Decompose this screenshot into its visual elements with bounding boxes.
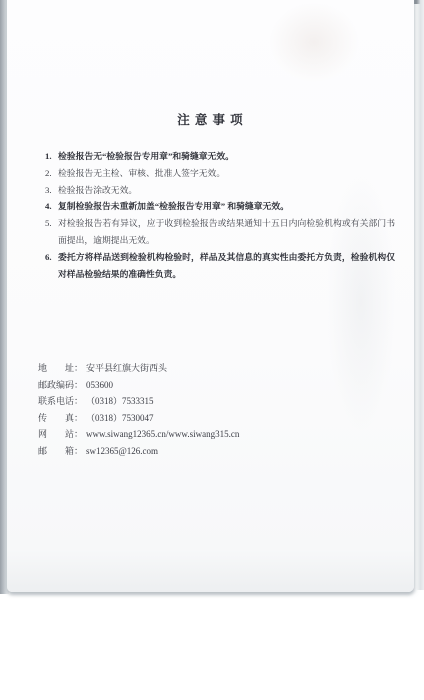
note-item-6: 6. 委托方将样品送到检验机构检验时，样品及其信息的真实性由委托方负责，检验机构…	[45, 249, 395, 283]
note-text: 检验报告无“检验报告专用章”和骑缝章无效。	[58, 148, 395, 165]
note-number: 4.	[45, 198, 58, 215]
note-item-5: 5. 对检验报告若有异议，应于收到检验报告或结果通知十五日内向检验机构或有关部门…	[45, 215, 395, 249]
scanned-document: 注 意 事 项 1. 检验报告无“检验报告专用章”和骑缝章无效。 2. 检验报告…	[0, 0, 424, 700]
note-text: 委托方将样品送到检验机构检验时，样品及其信息的真实性由委托方负责，检验机构仅对样…	[58, 249, 395, 283]
page-title: 注 意 事 项	[7, 110, 414, 128]
contact-row-fax: 传 真： （0318）7530047	[38, 410, 239, 427]
scan-right-edge	[416, 0, 424, 590]
note-item-3: 3. 检验报告涂改无效。	[45, 182, 395, 199]
contact-row-email: 邮 箱： sw12365@126.com	[38, 443, 239, 460]
contact-label: 地 址：	[38, 360, 83, 377]
contact-value: （0318）7530047	[83, 410, 154, 427]
contact-label: 网 站：	[38, 426, 83, 443]
note-number: 2.	[45, 165, 58, 182]
note-number: 3.	[45, 182, 58, 199]
note-text: 对检验报告若有异议，应于收到检验报告或结果通知十五日内向检验机构或有关部门书面提…	[58, 215, 395, 249]
contact-row-phone: 联系电话： （0318）7533315	[38, 393, 239, 410]
contact-row-website: 网 站： www.siwang12365.cn/www.siwang315.cn	[38, 426, 239, 443]
note-item-1: 1. 检验报告无“检验报告专用章”和骑缝章无效。	[45, 148, 395, 165]
contact-value: sw12365@126.com	[83, 443, 158, 460]
contact-value: 安平县红旗大街西头	[83, 360, 167, 377]
contact-row-postcode: 邮政编码： 053600	[38, 377, 239, 394]
note-item-2: 2. 检验报告无主检、审核、批准人签字无效。	[45, 165, 395, 182]
note-number: 5.	[45, 215, 58, 249]
contact-row-address: 地 址： 安平县红旗大街西头	[38, 360, 239, 377]
contact-label: 邮 箱：	[38, 443, 83, 460]
contact-value: 053600	[83, 377, 113, 394]
note-text: 检验报告无主检、审核、批准人签字无效。	[58, 165, 395, 182]
contact-block: 地 址： 安平县红旗大街西头 邮政编码： 053600 联系电话： （0318）…	[38, 360, 239, 460]
contact-label: 联系电话：	[38, 393, 83, 410]
notes-list: 1. 检验报告无“检验报告专用章”和骑缝章无效。 2. 检验报告无主检、审核、批…	[45, 148, 395, 282]
document-page: 注 意 事 项 1. 检验报告无“检验报告专用章”和骑缝章无效。 2. 检验报告…	[7, 0, 414, 592]
note-text: 检验报告涂改无效。	[58, 182, 395, 199]
scan-stain	[269, 2, 359, 82]
note-number: 6.	[45, 249, 58, 283]
note-text: 复制检验报告未重新加盖“检验报告专用章” 和骑缝章无效。	[58, 198, 395, 215]
note-item-4: 4. 复制检验报告未重新加盖“检验报告专用章” 和骑缝章无效。	[45, 198, 395, 215]
contact-label: 传 真：	[38, 410, 83, 427]
contact-value: www.siwang12365.cn/www.siwang315.cn	[83, 426, 239, 443]
note-number: 1.	[45, 148, 58, 165]
contact-label: 邮政编码：	[38, 377, 83, 394]
contact-value: （0318）7533315	[83, 393, 154, 410]
